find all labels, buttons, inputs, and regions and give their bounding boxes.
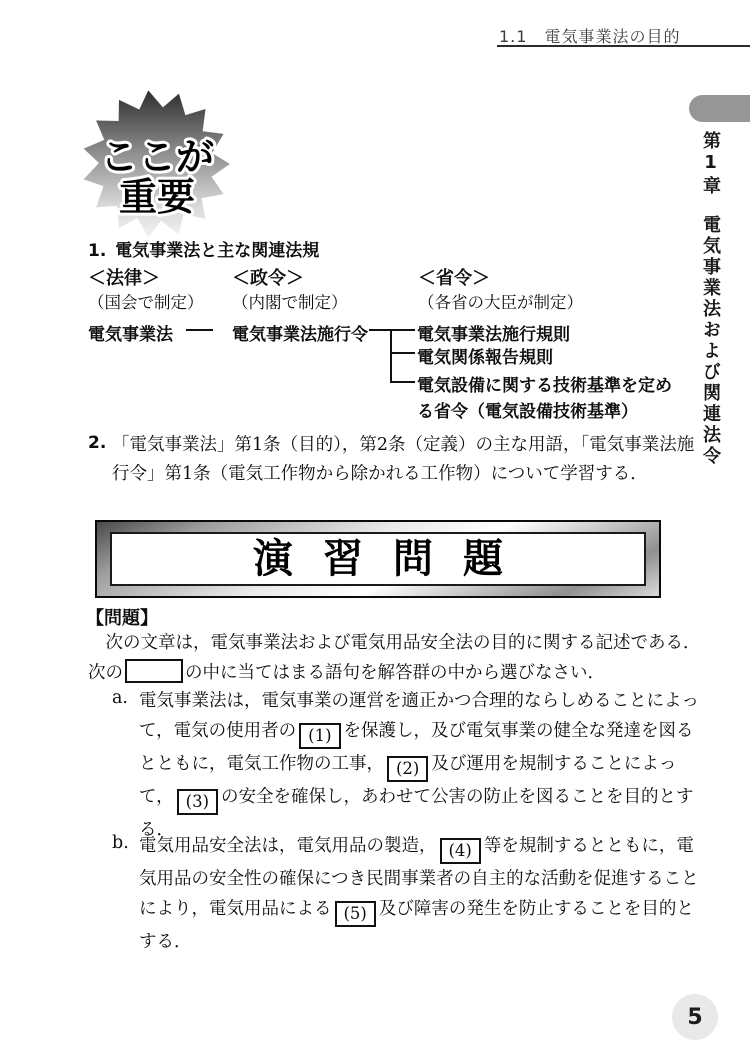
- chapter-sidebar: 第1章電気事業法および関連法令: [697, 131, 723, 467]
- keypoint-1-number: 1.: [88, 241, 106, 261]
- item-a-line3: とともに，電気工作物の工事，(2)及び運用を規制することによっ: [139, 749, 699, 782]
- item-b-line3-post: 及び障害の発生を防止することを目的と: [379, 899, 694, 919]
- item-b-line2: 気用品の安全性の確保につき民間事業者の自主的な活動を促進すること: [139, 864, 699, 894]
- diagram-maker-law: （国会で制定）: [88, 289, 204, 313]
- item-b-line4: する．: [139, 927, 699, 957]
- problem-intro-line2-post: の中に当てはまる語句を解答群の中から選びなさい．: [185, 663, 605, 683]
- sawblade-icon: ここが 重要: [80, 90, 234, 242]
- header-rule: [497, 45, 750, 47]
- item-a-line2-pre: て，電気の使用者の: [139, 721, 296, 741]
- item-a-line2-post: を保護し，及び電気事業の健全な発達を図る: [344, 721, 694, 741]
- problem-label: 【問題】: [86, 604, 158, 630]
- diagram-node-cabinet: 電気事業法施行令: [232, 320, 368, 345]
- keypoint-2-line2: 行令」第1条（電気工作物から除かれる工作物）について学習する．: [112, 460, 692, 489]
- tree-connector-vertical: [390, 329, 392, 383]
- problem-intro-line2-pre: 次の: [88, 663, 123, 683]
- running-header: 1.1 電気事業法の目的: [499, 24, 680, 47]
- tree-connector-rule3: [390, 381, 415, 383]
- badge-text-line2: 重要: [119, 175, 195, 219]
- keypoint-2-number: 2.: [88, 433, 106, 453]
- answer-blank-empty: [125, 659, 183, 683]
- diagram-node-rule3-line2: る省令（電気設備技術基準）: [417, 397, 638, 422]
- diagram-node-law: 電気事業法: [88, 320, 173, 345]
- item-a-line2: て，電気の使用者の(1)を保護し，及び電気事業の健全な発達を図る: [139, 716, 699, 749]
- page-number: 5: [672, 994, 718, 1040]
- chapter-tab: [689, 95, 750, 122]
- important-badge: ここが 重要: [80, 90, 234, 242]
- exercise-banner-inner: 演習問題: [110, 532, 646, 586]
- answer-blank-3: (3): [177, 789, 218, 815]
- item-a-line4: て，(3)の安全を確保し，あわせて公害の防止を図ることを目的とす: [139, 782, 699, 815]
- item-a-line3-post: 及び運用を規制することによっ: [431, 754, 676, 774]
- answer-blank-5: (5): [335, 901, 376, 927]
- item-a-line4-pre: て，: [139, 787, 174, 807]
- chapter-title: 電気事業法および関連法令: [700, 197, 721, 467]
- textbook-page: 1.1 電気事業法の目的 第1章電気事業法および関連法令 ここが 重要 1.電気…: [0, 0, 750, 1064]
- diagram-header-cabinet: ＜政令＞: [232, 264, 304, 290]
- item-a-line1: 電気事業法は，電気事業の運営を適正かつ合理的ならしめることによっ: [139, 686, 699, 716]
- problem-intro: 次の文章は，電気事業法および電気用品安全法の目的に関する記述である． 次のの中に…: [88, 629, 688, 688]
- diagram-header-ministry: ＜省令＞: [418, 264, 490, 290]
- chapter-number: 第1章: [700, 131, 721, 197]
- answer-blank-4: (4): [440, 838, 481, 864]
- keypoint-2-text: 「電気事業法」第1条（目的），第2条（定義）の主な用語，「電気事業法施 行令」第…: [112, 431, 692, 489]
- item-a-marker: a.: [112, 688, 128, 708]
- item-a-text: 電気事業法は，電気事業の運営を適正かつ合理的ならしめることによっ て，電気の使用…: [139, 686, 699, 845]
- item-b-line3-pre: により，電気用品による: [139, 899, 332, 919]
- exercise-banner: 演習問題: [95, 520, 661, 598]
- item-b-text: 電気用品安全法は，電気用品の製造，(4)等を規制するとともに，電 気用品の安全性…: [139, 831, 699, 957]
- tree-connector-rule2: [390, 352, 415, 354]
- problem-intro-line2: 次のの中に当てはまる語句を解答群の中から選びなさい．: [88, 659, 688, 689]
- tree-connector-cabinet-rule1: [369, 329, 415, 331]
- tree-connector-law-cabinet: [186, 329, 213, 331]
- diagram-maker-ministry: （各省の大臣が制定）: [418, 289, 583, 313]
- diagram-maker-cabinet: （内閣で制定）: [232, 289, 348, 313]
- diagram-node-rule1: 電気事業法施行規則: [417, 320, 570, 345]
- item-a-line4-post: の安全を確保し，あわせて公害の防止を図ることを目的とす: [221, 787, 694, 807]
- diagram-node-rule3-line1: 電気設備に関する技術基準を定め: [417, 371, 672, 396]
- item-b-marker: b.: [112, 833, 129, 853]
- answer-blank-1: (1): [299, 723, 340, 749]
- diagram-node-rule2: 電気関係報告規則: [417, 343, 553, 368]
- keypoint-1-heading: 1.電気事業法と主な関連法規: [88, 236, 319, 261]
- answer-blank-2: (2): [387, 756, 428, 782]
- page-number-value: 5: [687, 1005, 702, 1030]
- badge-text-line1: ここが: [100, 135, 214, 179]
- keypoint-2-line1: 「電気事業法」第1条（目的），第2条（定義）の主な用語，「電気事業法施: [112, 431, 692, 460]
- item-a-line3-pre: とともに，電気工作物の工事，: [139, 754, 384, 774]
- diagram-header-law: ＜法律＞: [88, 264, 160, 290]
- exercise-banner-title: 演習問題: [223, 539, 533, 579]
- item-b-line1-pre: 電気用品安全法は，電気用品の製造，: [139, 836, 437, 856]
- item-b-line1-post: 等を規制するとともに，電: [484, 836, 694, 856]
- item-b-line1: 電気用品安全法は，電気用品の製造，(4)等を規制するとともに，電: [139, 831, 699, 864]
- problem-intro-line1: 次の文章は，電気事業法および電気用品安全法の目的に関する記述である．: [88, 629, 688, 659]
- keypoint-1-title: 電気事業法と主な関連法規: [115, 241, 319, 261]
- item-b-line3: により，電気用品による(5)及び障害の発生を防止することを目的と: [139, 894, 699, 927]
